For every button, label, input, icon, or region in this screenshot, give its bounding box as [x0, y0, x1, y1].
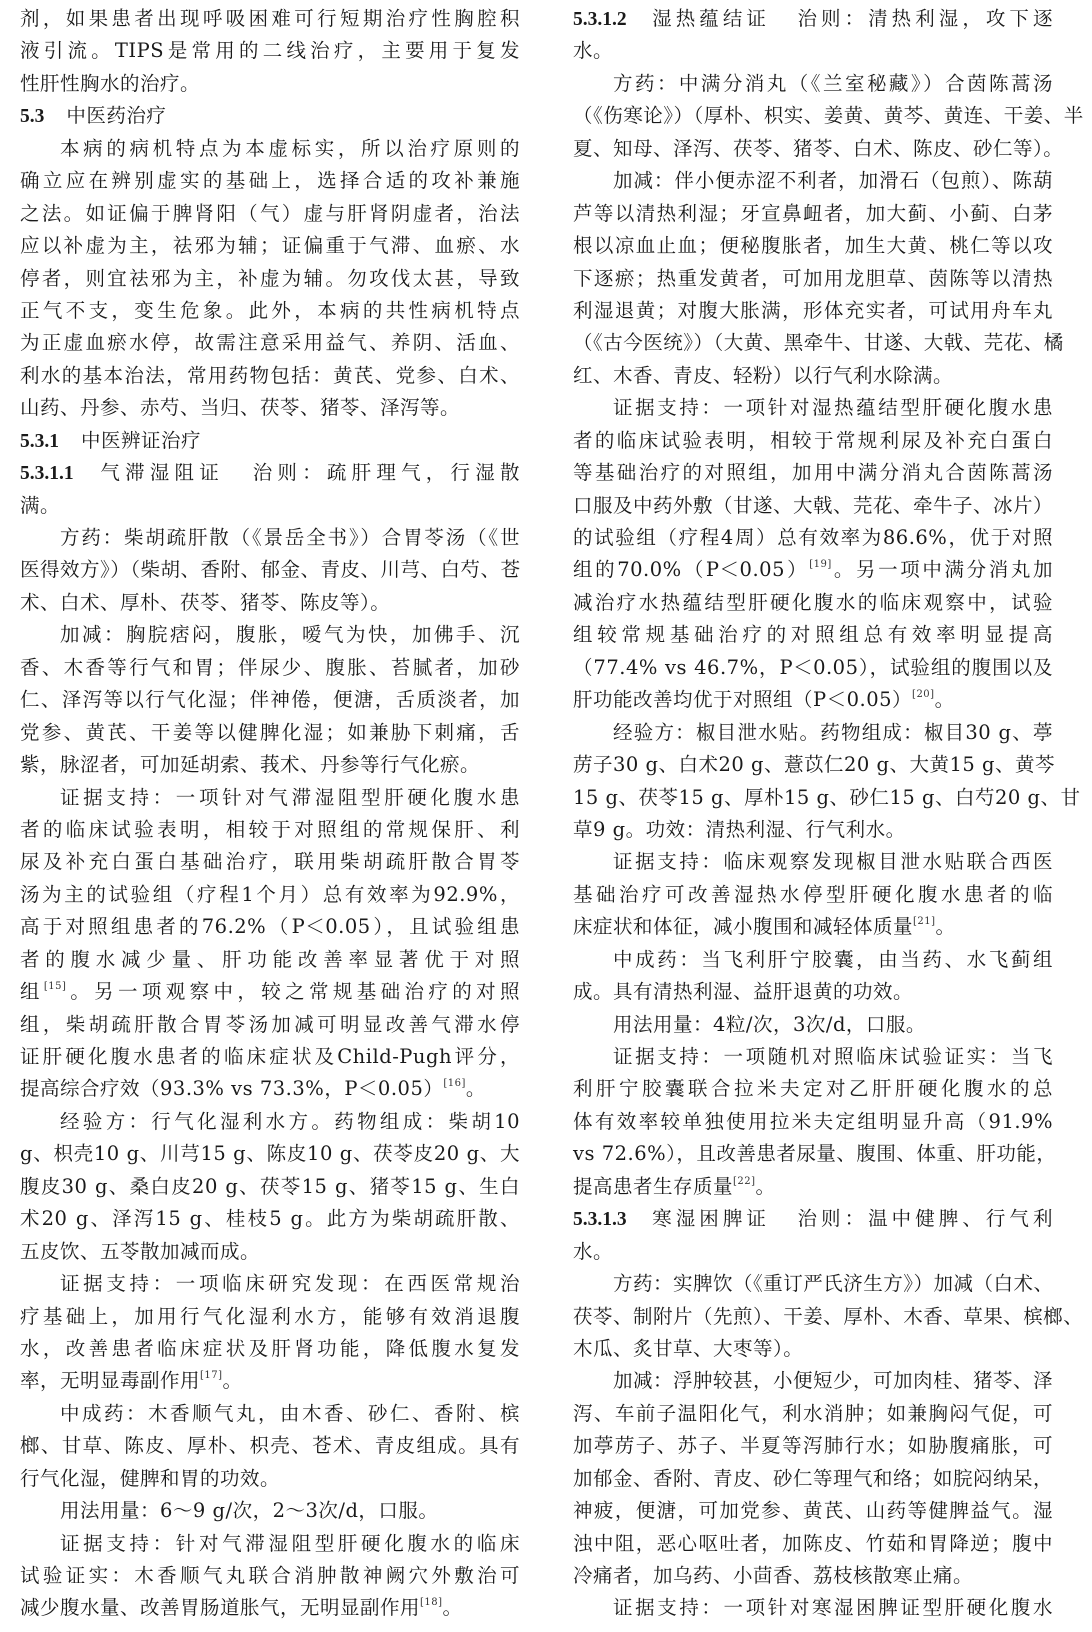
line-text: 泻、车前子温阳化气，利水消肿；如兼胸闷气促，可 [573, 1402, 1053, 1425]
section-number: 5.3.1.3 [573, 1209, 627, 1230]
text-line: 汤为主的试验组（疗程1个月）总有效率为92.9%， [20, 879, 520, 911]
line-text: 浊中阻，恶心呕吐者，加陈皮、竹茹和胃降逆；腹中 [573, 1532, 1053, 1555]
text-line: 证据支持：一项临床研究发现：在西医常规治 [20, 1268, 520, 1300]
text-line: 泻、车前子温阳化气，利水消肿；如兼胸闷气促，可 [573, 1398, 1053, 1430]
text-line: 本病的病机特点为本虚标实，所以治疗原则的 [20, 133, 520, 165]
line-text: 中成药：木香顺气丸，由木香、砂仁、香附、槟 [60, 1402, 520, 1425]
text-line: 利水的基本治法，常用药物包括：黄芪、党参、白术、 [20, 360, 520, 392]
text-line: 证据支持：临床观察发现椒目泄水贴联合西医 [573, 846, 1053, 878]
text-line: 术20 g、泽泻15 g、桂枝5 g。此方为柴胡疏肝散、 [20, 1203, 520, 1235]
text-line: vs 72.6%），且改善患者尿量、腹围、体重、肝功能， [573, 1138, 1053, 1170]
text-line: 夏、知母、泽泻、茯苓、猪苓、白术、陈皮、砂仁等）。 [573, 133, 1053, 165]
text-line: 茯苓、制附片（先煎）、干姜、厚朴、木香、草果、槟榔、 [573, 1301, 1053, 1333]
line-text: 者的腹水减少量、肝功能改善率显著优于对照 [20, 948, 520, 971]
text-line: 证据支持：一项随机对照临床试验证实：当飞 [573, 1041, 1053, 1073]
citation-ref[interactable]: [17] [200, 1370, 223, 1381]
line-text: 试验证实：木香顺气丸联合消肿散神阙穴外敷治可 [20, 1564, 520, 1587]
line-text-after-citation: 。 [443, 1596, 463, 1619]
text-line: 浊中阻，恶心呕吐者，加陈皮、竹茹和胃降逆；腹中 [573, 1528, 1053, 1560]
line-text: 红、木香、青皮、轻粉）以行气利水除满。 [573, 364, 953, 387]
text-line: 加减：浮肿较甚，小便短少，可加肉桂、猪苓、泽 [573, 1365, 1053, 1397]
line-text: 证据支持：临床观察发现椒目泄水贴联合西医 [613, 850, 1053, 873]
line-text: 性肝性胸水的治疗。 [20, 72, 200, 95]
section-heading: 5.3中医药治疗 [20, 100, 520, 132]
line-text: 口服及中药外敷（甘遂、大戟、芫花、牵牛子、冰片） [573, 494, 1053, 517]
line-text: 之法。如证偏于脾肾阳（气）虚与肝肾阴虚者，治法 [20, 202, 520, 225]
right-column: 5.3.1.2湿热蕴结证治则：清热利湿，攻下逐水。方药：中满分消丸（《兰室秘藏》… [573, 3, 1053, 1625]
line-text: 医得效方》）（柴胡、香附、郁金、青皮、川芎、白芍、苍 [20, 558, 521, 581]
text-line: 方药：实脾饮（《重订严氏济生方》）加减（白术、 [573, 1268, 1053, 1300]
line-text: 仁、泽泻等以行气化湿；伴神倦，便溏，舌质淡者，加 [20, 688, 520, 711]
text-line: 提高综合疗效（93.3% vs 73.3%，P＜0.05）[16]。 [20, 1073, 520, 1105]
text-line: g、枳壳10 g、川芎15 g、陈皮10 g、茯苓皮20 g、大 [20, 1138, 520, 1170]
line-text: 组，柴胡疏肝散合胃苓汤加减可明显改善气滞水停 [20, 1013, 520, 1036]
text-line: 组[15]。另一项观察中，较之常规基础治疗的对照 [20, 976, 520, 1008]
text-line: 中成药：木香顺气丸，由木香、砂仁、香附、槟 [20, 1398, 520, 1430]
line-text: 神疲，便溏，可加党参、黄芪、山药等健脾益气。湿 [573, 1499, 1053, 1522]
text-line: 体有效率较单独使用拉米夫定组明显升高（91.9% [573, 1106, 1053, 1138]
section-title: 气滞湿阻证 [96, 461, 224, 484]
text-line: 仁、泽泻等以行气化湿；伴神倦，便溏，舌质淡者，加 [20, 684, 520, 716]
citation-ref[interactable]: [20] [912, 689, 935, 700]
line-text: 为正虚血瘀水停，故需注意采用益气、养阴、活血、 [20, 331, 520, 354]
line-text: 山药、丹参、赤芍、当归、茯苓、猪苓、泽泻等。 [20, 396, 460, 419]
treatment-principle: 治则：疏肝理气，行湿散 [248, 461, 520, 484]
left-column: 剂，如果患者出现呼吸困难可行短期治疗性胸腔积液引流。TIPS是常用的二线治疗，主… [20, 3, 520, 1625]
text-line: （77.4% vs 46.7%，P＜0.05），试验组的腹围以及 [573, 652, 1053, 684]
citation-ref[interactable]: [22] [733, 1176, 756, 1187]
text-line: （《古今医统》）（大黄、黑牵牛、甘遂、大戟、芫花、橘 [573, 327, 1053, 359]
line-text: 方药：实脾饮（《重订严氏济生方》）加减（白术、 [613, 1272, 1054, 1295]
line-text: 加郁金、香附、青皮、砂仁等理气和络；如脘闷纳呆， [573, 1467, 1053, 1490]
line-text-after-citation: 。 [223, 1369, 243, 1392]
line-text: 正气不支，变生危象。此外，本病的共性病机特点 [20, 299, 520, 322]
text-line: 为正虚血瘀水停，故需注意采用益气、养阴、活血、 [20, 327, 520, 359]
line-text: 党参、黄芪、干姜等以健脾化湿；如兼胁下刺痛，舌 [20, 721, 520, 744]
text-line: 五皮饮、五苓散加减而成。 [20, 1236, 520, 1268]
line-text: 经验方：椒目泄水贴。药物组成：椒目30 g、葶 [613, 721, 1053, 744]
line-text: vs 72.6%），且改善患者尿量、腹围、体重、肝功能， [573, 1142, 1056, 1165]
text-line: 15 g、茯苓15 g、厚朴15 g、砂仁15 g、白芍20 g、甘 [573, 782, 1053, 814]
text-line: 加葶苈子、苏子、半夏等泻肺行水；如胁腹痛胀，可 [573, 1430, 1053, 1462]
text-line: 加减：伴小便赤涩不利者，加滑石（包煎）、陈葫 [573, 165, 1053, 197]
text-line: 草9 g。功效：清热利湿、行气利水。 [573, 814, 1053, 846]
line-text: （《伤寒论》）（厚朴、枳实、姜黄、黄芩、黄连、干姜、半 [573, 104, 1084, 127]
text-line: 行气化湿，健脾和胃的功效。 [20, 1463, 520, 1495]
text-line: 组的70.0%（P＜0.05）[19]。另一项中满分消丸加 [573, 554, 1053, 586]
line-text: 水。 [573, 39, 613, 62]
line-text: 组较常规基础治疗的对照组总有效率明显提高 [573, 623, 1053, 646]
line-text: 下逐瘀；热重发黄者，可加用龙胆草、茵陈等以清热 [573, 267, 1053, 290]
line-text: 肝功能改善均优于对照组（P＜0.05） [573, 688, 912, 711]
text-line: 组，柴胡疏肝散合胃苓汤加减可明显改善气滞水停 [20, 1009, 520, 1041]
text-line: 苈子30 g、白术20 g、薏苡仁20 g、大黄15 g、黄芩 [573, 749, 1053, 781]
section-number: 5.3.1 [20, 431, 59, 452]
text-line: 证肝硬化腹水患者的临床症状及Child-Pugh评分， [20, 1041, 520, 1073]
text-line: 腹皮30 g、桑白皮20 g、茯苓15 g、猪苓15 g、生白 [20, 1171, 520, 1203]
line-text: 证据支持：一项针对湿热蕴结型肝硬化腹水患 [613, 396, 1053, 419]
line-text: 减治疗水热蕴结型肝硬化腹水的临床观察中，试验 [573, 591, 1053, 614]
line-text: 的试验组（疗程4周）总有效率为86.6%，优于对照 [573, 526, 1053, 549]
line-text: 行气化湿，健脾和胃的功效。 [20, 1467, 280, 1490]
text-line: 红、木香、青皮、轻粉）以行气利水除满。 [573, 360, 1053, 392]
text-line: 下逐瘀；热重发黄者，可加用龙胆草、茵陈等以清热 [573, 263, 1053, 295]
text-line: 试验证实：木香顺气丸联合消肿散神阙穴外敷治可 [20, 1560, 520, 1592]
line-text: 体有效率较单独使用拉米夫定组明显升高（91.9% [573, 1110, 1053, 1133]
text-line: 山药、丹参、赤芍、当归、茯苓、猪苓、泽泻等。 [20, 392, 520, 424]
text-line: 组较常规基础治疗的对照组总有效率明显提高 [573, 619, 1053, 651]
text-line: 证据支持：一项针对寒湿困脾证型肝硬化腹水 [573, 1592, 1053, 1624]
text-line: 水。 [573, 35, 1053, 67]
line-text: 利湿退黄；对腹大胀满，形体充实者，可试用舟车丸 [573, 299, 1053, 322]
line-text: （《古今医统》）（大黄、黑牵牛、甘遂、大戟、芫花、橘 [573, 331, 1064, 354]
text-line: 之法。如证偏于脾肾阳（气）虚与肝肾阴虚者，治法 [20, 198, 520, 230]
text-line: 尿及补充白蛋白基础治疗，联用柴胡疏肝散合胃苓 [20, 846, 520, 878]
line-text-after-citation: 。 [936, 915, 956, 938]
section-number: 5.3 [20, 106, 44, 127]
line-text: 方药：中满分消丸（《兰室秘藏》）合茵陈蒿汤 [613, 72, 1053, 95]
text-line: 肝功能改善均优于对照组（P＜0.05）[20]。 [573, 684, 1053, 716]
line-text: 用法用量：6～9 g/次，2～3次/d，口服。 [60, 1499, 438, 1522]
line-text: 苈子30 g、白术20 g、薏苡仁20 g、大黄15 g、黄芩 [573, 753, 1055, 776]
section-heading: 5.3.1.3寒湿困脾证治则：温中健脾、行气利 [573, 1203, 1053, 1235]
text-line: 满。 [20, 490, 520, 522]
line-text-after-citation: 。 [756, 1175, 776, 1198]
citation-ref[interactable]: [19] [809, 559, 832, 570]
line-text: 加减：伴小便赤涩不利者，加滑石（包煎）、陈葫 [613, 169, 1053, 192]
section-title: 湿热蕴结证 [649, 7, 770, 30]
text-line: 紫，脉涩者，可加延胡索、莪术、丹参等行气化瘀。 [20, 749, 520, 781]
line-text: 高于对照组患者的76.2%（P＜0.05），且试验组患 [20, 915, 520, 938]
line-text: 减少腹水量、改善胃肠道胀气，无明显副作用 [20, 1596, 420, 1619]
line-text: 剂，如果患者出现呼吸困难可行短期治疗性胸腔积 [20, 7, 520, 30]
text-line: 医得效方》）（柴胡、香附、郁金、青皮、川芎、白芍、苍 [20, 554, 520, 586]
line-text: 水。 [573, 1240, 613, 1263]
text-line: 停者，则宜祛邪为主，补虚为辅。勿攻伐太甚，导致 [20, 263, 520, 295]
section-number: 5.3.1.2 [573, 9, 627, 30]
section-title: 寒湿困脾证 [649, 1207, 770, 1230]
line-text: 证肝硬化腹水患者的临床症状及Child-Pugh评分， [20, 1045, 520, 1068]
line-text: 术20 g、泽泻15 g、桂枝5 g。此方为柴胡疏肝散、 [20, 1207, 520, 1230]
text-line: 用法用量：6～9 g/次，2～3次/d，口服。 [20, 1495, 520, 1527]
line-text: 满。 [20, 494, 60, 517]
line-text: 应以补虚为主，祛邪为辅；证偏重于气滞、血瘀、水 [20, 234, 520, 257]
text-line: 者的临床试验表明，相较于常规利尿及补充白蛋白 [573, 425, 1053, 457]
text-line: 证据支持：一项针对气滞湿阻型肝硬化腹水患 [20, 782, 520, 814]
line-text: 疗基础上，加用行气化湿利水方，能够有效消退腹 [20, 1305, 520, 1328]
text-line: 证据支持：针对气滞湿阻型肝硬化腹水的临床 [20, 1528, 520, 1560]
citation-ref[interactable]: [16] [443, 1078, 466, 1089]
line-text: 茯苓、制附片（先煎）、干姜、厚朴、木香、草果、槟榔、 [573, 1305, 1083, 1328]
text-line: 正气不支，变生危象。此外，本病的共性病机特点 [20, 295, 520, 327]
text-line: 床症状和体征，减小腹围和减轻体质量[21]。 [573, 911, 1053, 943]
text-line: 减少腹水量、改善胃肠道胀气，无明显副作用[18]。 [20, 1592, 520, 1624]
text-line: 剂，如果患者出现呼吸困难可行短期治疗性胸腔积 [20, 3, 520, 35]
section-number: 5.3.1.1 [20, 463, 74, 484]
line-text: 率，无明显毒副作用 [20, 1369, 200, 1392]
line-text: 紫，脉涩者，可加延胡索、莪术、丹参等行气化瘀。 [20, 753, 480, 776]
text-line: 神疲，便溏，可加党参、黄芪、山药等健脾益气。湿 [573, 1495, 1053, 1527]
text-line: 性肝性胸水的治疗。 [20, 68, 520, 100]
line-text: 加减：胸脘痞闷，腹胀，嗳气为快，加佛手、沉 [60, 623, 520, 646]
text-line: 冷痛者，加乌药、小茴香、荔枝核散寒止痛。 [573, 1560, 1053, 1592]
line-text: 汤为主的试验组（疗程1个月）总有效率为92.9%， [20, 883, 520, 906]
line-text: 证据支持：一项针对气滞湿阻型肝硬化腹水患 [60, 786, 520, 809]
line-text: 术、白术、厚朴、茯苓、猪苓、陈皮等）。 [20, 591, 390, 614]
text-line: 经验方：椒目泄水贴。药物组成：椒目30 g、葶 [573, 717, 1053, 749]
text-line: 者的腹水减少量、肝功能改善率显著优于对照 [20, 944, 520, 976]
text-line: 应以补虚为主，祛邪为辅；证偏重于气滞、血瘀、水 [20, 230, 520, 262]
text-line: 木瓜、炙甘草、大枣等）。 [573, 1333, 1053, 1365]
line-text: 确立应在辨别虚实的基础上，选择合适的攻补兼施 [20, 169, 520, 192]
citation-ref[interactable]: [18] [420, 1597, 443, 1608]
text-line: 用法用量：4粒/次，3次/d，口服。 [573, 1009, 1053, 1041]
line-text: 香、木香等行气和胃；伴尿少、腹胀、苔腻者，加砂 [20, 656, 520, 679]
line-text: 成。具有清热利湿、益肝退黄的功效。 [573, 980, 913, 1003]
line-text: 冷痛者，加乌药、小茴香、荔枝核散寒止痛。 [573, 1564, 973, 1587]
line-text: 提高患者生存质量 [573, 1175, 733, 1198]
line-text: 经验方：行气化湿利水方。药物组成：柴胡10 [60, 1110, 520, 1133]
line-text: 榔、甘草、陈皮、厚朴、枳壳、苍术、青皮组成。具有 [20, 1434, 520, 1457]
line-text: 提高综合疗效（93.3% vs 73.3%，P＜0.05） [20, 1077, 443, 1100]
line-text: 本病的病机特点为本虚标实，所以治疗原则的 [60, 137, 520, 160]
line-text: 组的70.0%（P＜0.05） [573, 558, 809, 581]
text-line: （《伤寒论》）（厚朴、枳实、姜黄、黄芩、黄连、干姜、半 [573, 100, 1053, 132]
text-line: 方药：中满分消丸（《兰室秘藏》）合茵陈蒿汤 [573, 68, 1053, 100]
text-line: 成。具有清热利湿、益肝退黄的功效。 [573, 976, 1053, 1008]
text-line: 减治疗水热蕴结型肝硬化腹水的临床观察中，试验 [573, 587, 1053, 619]
line-text-after-citation: 。另一项观察中，较之常规基础治疗的对照 [66, 980, 520, 1003]
text-line: 基础治疗可改善湿热水停型肝硬化腹水患者的临 [573, 879, 1053, 911]
section-heading: 5.3.1.1气滞湿阻证治则：疏肝理气，行湿散 [20, 457, 520, 489]
line-text: 腹皮30 g、桑白皮20 g、茯苓15 g、猪苓15 g、生白 [20, 1175, 520, 1198]
section-title: 中医药治疗 [66, 104, 166, 127]
line-text: 床症状和体征，减小腹围和减轻体质量 [573, 915, 913, 938]
line-text: 水，改善患者临床症状及肝肾功能，降低腹水复发 [20, 1337, 520, 1360]
text-line: 榔、甘草、陈皮、厚朴、枳壳、苍术、青皮组成。具有 [20, 1430, 520, 1462]
line-text: 证据支持：一项针对寒湿困脾证型肝硬化腹水 [613, 1596, 1053, 1619]
line-text-after-citation: 。 [935, 688, 955, 711]
line-text: 证据支持：针对气滞湿阻型肝硬化腹水的临床 [60, 1532, 520, 1555]
text-line: 水。 [573, 1236, 1053, 1268]
text-line: 中成药：当飞利肝宁胶囊，由当药、水飞蓟组 [573, 944, 1053, 976]
line-text: （77.4% vs 46.7%，P＜0.05），试验组的腹围以及 [573, 656, 1053, 679]
line-text: 15 g、茯苓15 g、厚朴15 g、砂仁15 g、白芍20 g、甘 [573, 786, 1080, 809]
text-line: 方药：柴胡疏肝散（《景岳全书》）合胃苓汤（《世 [20, 522, 520, 554]
line-text: 液引流。TIPS是常用的二线治疗，主要用于复发 [20, 39, 520, 62]
line-text: 证据支持：一项临床研究发现：在西医常规治 [60, 1272, 520, 1295]
text-line: 香、木香等行气和胃；伴尿少、腹胀、苔腻者，加砂 [20, 652, 520, 684]
text-line: 证据支持：一项针对湿热蕴结型肝硬化腹水患 [573, 392, 1053, 424]
line-text: 夏、知母、泽泻、茯苓、猪苓、白术、陈皮、砂仁等）。 [573, 137, 1063, 160]
line-text: 加葶苈子、苏子、半夏等泻肺行水；如胁腹痛胀，可 [573, 1434, 1053, 1457]
line-text: 中成药：当飞利肝宁胶囊，由当药、水飞蓟组 [613, 948, 1053, 971]
line-text: 根以凉血止血；便秘腹胀者，加生大黄、桃仁等以攻 [573, 234, 1053, 257]
line-text: 等基础治疗的对照组，加用中满分消丸合茵陈蒿汤 [573, 461, 1053, 484]
text-line: 确立应在辨别虚实的基础上，选择合适的攻补兼施 [20, 165, 520, 197]
text-line: 芦等以清热利湿；牙宣鼻衄者，加大蓟、小蓟、白茅 [573, 198, 1053, 230]
line-text: 用法用量：4粒/次，3次/d，口服。 [613, 1013, 926, 1036]
line-text: 木瓜、炙甘草、大枣等）。 [573, 1337, 803, 1360]
text-line: 利肝宁胶囊联合拉米夫定对乙肝肝硬化腹水的总 [573, 1073, 1053, 1105]
text-line: 提高患者生存质量[22]。 [573, 1171, 1053, 1203]
citation-ref[interactable]: [15] [44, 981, 67, 992]
line-text: 组 [20, 980, 44, 1003]
line-text: 利肝宁胶囊联合拉米夫定对乙肝肝硬化腹水的总 [573, 1077, 1053, 1100]
line-text: g、枳壳10 g、川芎15 g、陈皮10 g、茯苓皮20 g、大 [20, 1142, 520, 1165]
text-line: 经验方：行气化湿利水方。药物组成：柴胡10 [20, 1106, 520, 1138]
line-text: 尿及补充白蛋白基础治疗，联用柴胡疏肝散合胃苓 [20, 850, 520, 873]
text-line: 加郁金、香附、青皮、砂仁等理气和络；如脘闷纳呆， [573, 1463, 1053, 1495]
section-heading: 5.3.1中医辨证治疗 [20, 425, 520, 457]
line-text: 草9 g。功效：清热利湿、行气利水。 [573, 818, 906, 841]
line-text: 停者，则宜祛邪为主，补虚为辅。勿攻伐太甚，导致 [20, 267, 520, 290]
text-line: 口服及中药外敷（甘遂、大戟、芫花、牵牛子、冰片） [573, 490, 1053, 522]
line-text: 者的临床试验表明，相较于常规利尿及补充白蛋白 [573, 429, 1053, 452]
text-line: 高于对照组患者的76.2%（P＜0.05），且试验组患 [20, 911, 520, 943]
line-text: 方药：柴胡疏肝散（《景岳全书》）合胃苓汤（《世 [60, 526, 520, 549]
line-text: 者的临床试验表明，相较于对照组的常规保肝、利 [20, 818, 520, 841]
text-line: 等基础治疗的对照组，加用中满分消丸合茵陈蒿汤 [573, 457, 1053, 489]
text-line: 液引流。TIPS是常用的二线治疗，主要用于复发 [20, 35, 520, 67]
text-line: 率，无明显毒副作用[17]。 [20, 1365, 520, 1397]
treatment-principle: 治则：清热利湿，攻下逐 [794, 7, 1053, 30]
line-text: 加减：浮肿较甚，小便短少，可加肉桂、猪苓、泽 [613, 1369, 1053, 1392]
line-text-after-citation: 。 [466, 1077, 486, 1100]
section-heading: 5.3.1.2湿热蕴结证治则：清热利湿，攻下逐 [573, 3, 1053, 35]
line-text: 五皮饮、五苓散加减而成。 [20, 1240, 260, 1263]
text-line: 根以凉血止血；便秘腹胀者，加生大黄、桃仁等以攻 [573, 230, 1053, 262]
line-text: 证据支持：一项随机对照临床试验证实：当飞 [613, 1045, 1053, 1068]
text-line: 者的临床试验表明，相较于对照组的常规保肝、利 [20, 814, 520, 846]
line-text: 芦等以清热利湿；牙宣鼻衄者，加大蓟、小蓟、白茅 [573, 202, 1053, 225]
citation-ref[interactable]: [21] [913, 916, 936, 927]
text-line: 党参、黄芪、干姜等以健脾化湿；如兼胁下刺痛，舌 [20, 717, 520, 749]
text-line: 疗基础上，加用行气化湿利水方，能够有效消退腹 [20, 1301, 520, 1333]
text-line: 利湿退黄；对腹大胀满，形体充实者，可试用舟车丸 [573, 295, 1053, 327]
section-title: 中医辨证治疗 [81, 429, 201, 452]
line-text-after-citation: 。另一项中满分消丸加 [832, 558, 1053, 581]
line-text: 基础治疗可改善湿热水停型肝硬化腹水患者的临 [573, 883, 1053, 906]
text-line: 的试验组（疗程4周）总有效率为86.6%，优于对照 [573, 522, 1053, 554]
text-line: 术、白术、厚朴、茯苓、猪苓、陈皮等）。 [20, 587, 520, 619]
text-line: 加减：胸脘痞闷，腹胀，嗳气为快，加佛手、沉 [20, 619, 520, 651]
treatment-principle: 治则：温中健脾、行气利 [794, 1207, 1053, 1230]
line-text: 利水的基本治法，常用药物包括：黄芪、党参、白术、 [20, 364, 520, 387]
text-line: 水，改善患者临床症状及肝肾功能，降低腹水复发 [20, 1333, 520, 1365]
